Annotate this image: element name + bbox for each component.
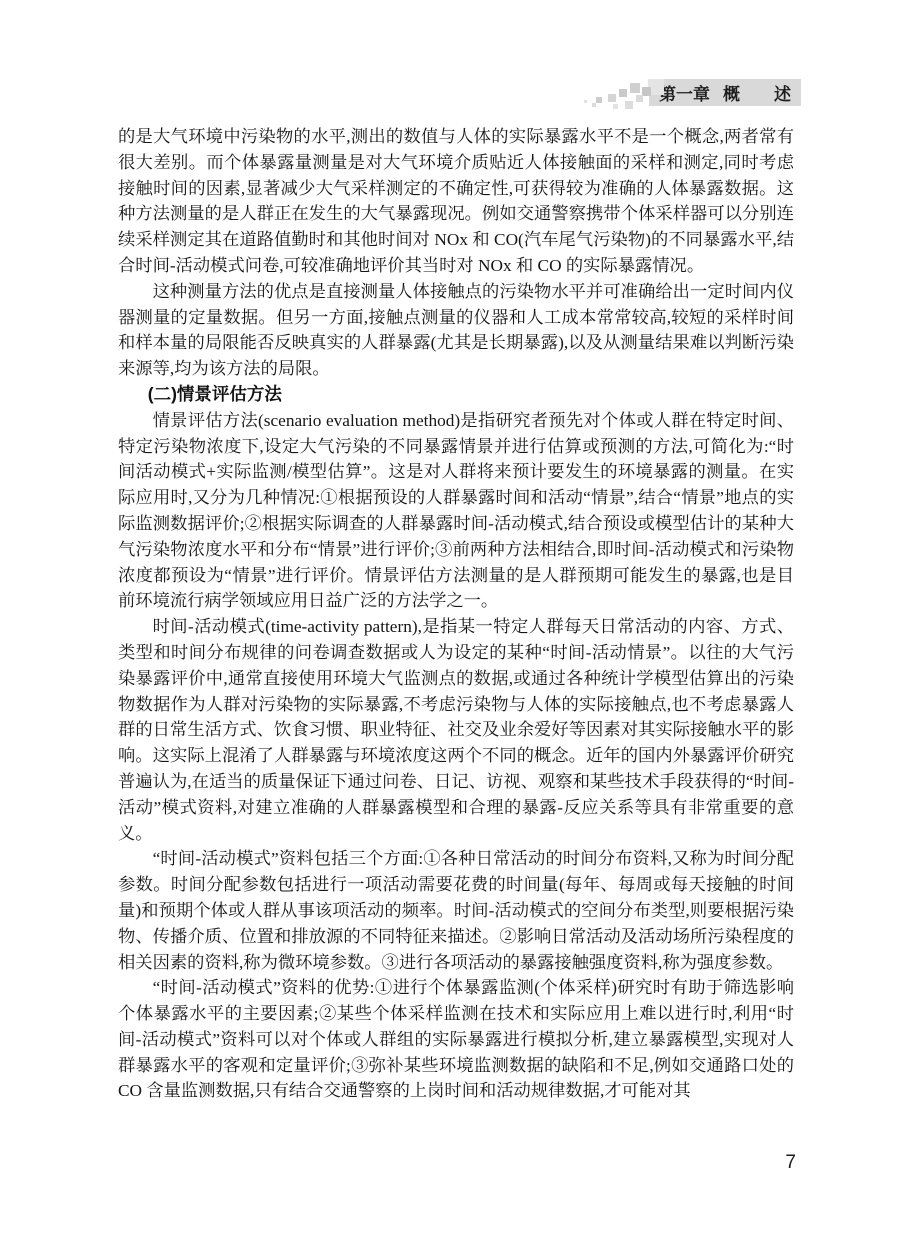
paragraph-limitations: 这种测量方法的优点是直接测量人体接触点的污染物水平并可准确给出一定时间内仪器测量… bbox=[118, 279, 794, 382]
chapter-title: 概 述 bbox=[723, 80, 791, 105]
page-body: 的是大气环境中污染物的水平,测出的数值与人体的实际暴露水平不是一个概念,两者常有… bbox=[118, 124, 794, 1104]
section-heading: (二)情景评估方法 bbox=[118, 382, 794, 408]
chapter-label: 第一章 bbox=[659, 80, 710, 105]
pixel-decoration-icon bbox=[630, 83, 640, 93]
pixel-decoration-icon bbox=[584, 100, 587, 103]
pixel-decoration-icon bbox=[592, 103, 596, 107]
chapter-title-bar: 第一章 概 述 bbox=[649, 79, 801, 106]
page-footer: 7 bbox=[118, 1152, 796, 1174]
paragraph-time-activity-pattern: 时间-活动模式(time-activity pattern),是指某一特定人群每… bbox=[118, 614, 794, 846]
document-page: 第一章 概 述 的是大气环境中污染物的水平,测出的数值与人体的实际暴露水平不是一… bbox=[0, 0, 900, 1234]
paragraph-scenario-evaluation: 情景评估方法(scenario evaluation method)是指研究者预… bbox=[118, 408, 794, 614]
paragraph-continuation: 的是大气环境中污染物的水平,测出的数值与人体的实际暴露水平不是一个概念,两者常有… bbox=[118, 124, 794, 279]
pixel-decoration-icon bbox=[625, 101, 633, 109]
page-number: 7 bbox=[785, 1152, 796, 1173]
chapter-header: 第一章 概 述 bbox=[0, 0, 900, 120]
pixel-decoration-icon bbox=[608, 94, 616, 102]
pixel-decoration-icon bbox=[642, 87, 651, 96]
paragraph-data-advantages: “时间-活动模式”资料的优势:①进行个体暴露监测(个体采样)研究时有助于筛选影响… bbox=[118, 975, 794, 1104]
pixel-decoration-icon bbox=[619, 89, 627, 97]
paragraph-data-三-aspects: “时间-活动模式”资料包括三个方面:①各种日常活动的时间分布资料,又称为时间分配… bbox=[118, 846, 794, 975]
pixel-decoration-icon bbox=[596, 97, 602, 103]
pixel-decoration-icon bbox=[636, 95, 643, 102]
pixel-decoration-icon bbox=[613, 104, 618, 109]
